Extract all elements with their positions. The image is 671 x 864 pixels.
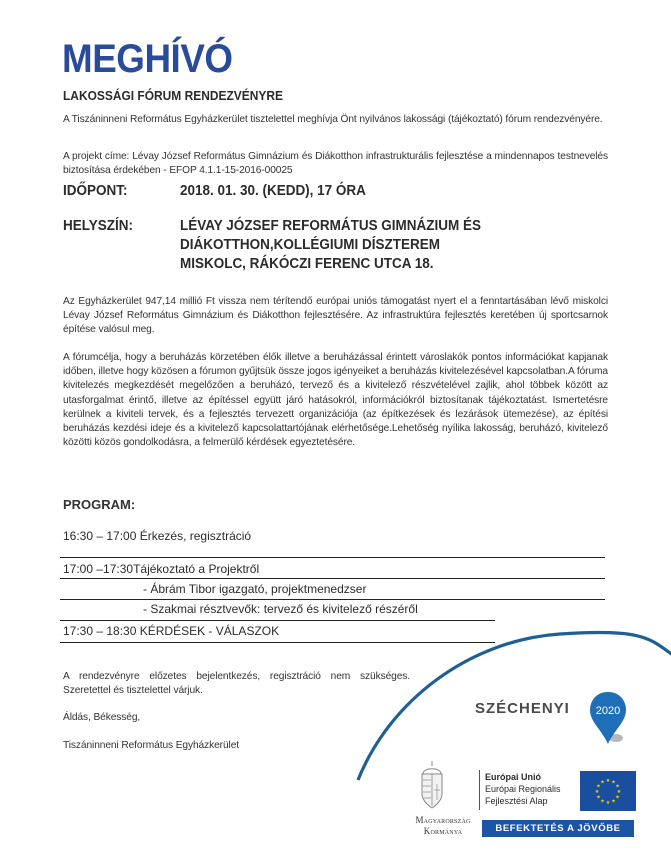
project-title-text: A projekt címe: Lévay József Református … [63,150,608,178]
svg-text:★: ★ [595,789,600,795]
forum-purpose-paragraph: A fórumcélja, hogy a beruházás körzetébe… [63,351,608,450]
program-item: - Ábrám Tibor igazgató, projektmenedzser [143,581,366,597]
svg-text:★: ★ [611,799,616,805]
divider [60,642,495,643]
eu-title: Európai Unió [485,771,561,783]
government-line: Magyarország [398,815,488,826]
place-value: LÉVAY JÓZSEF REFORMÁTUS GIMNÁZIUM ÉS DIÁ… [180,217,504,274]
divider [60,620,495,621]
slogan-banner: BEFEKTETÉS A JÖVŐBE [482,820,634,837]
eu-fund-line: Európai Regionális [485,783,561,795]
program-heading: PROGRAM: [63,497,135,512]
place-line: DIÁKOTTHON,KOLLÉGIUMI DÍSZTEREM [180,236,481,255]
coat-of-arms-icon [417,760,447,812]
program-item: - Szakmai résztvevők: tervező és kivitel… [143,601,418,617]
divider [60,557,605,558]
eu-flag-icon: ★★★★★★★★★★★★ [580,771,636,811]
map-pin-icon: 2020 [588,690,632,748]
program-item: 17:00 –17:30Tájékoztató a Projektről [63,561,259,577]
program-item: 17:30 – 18:30 KÉRDÉSEK - VÁLASZOK [63,623,279,639]
szechenyi-logo-text: SZÉCHENYI [475,700,570,717]
registration-note: A rendezvényre előzetes bejelentkezés, r… [63,670,410,698]
program-item: 16:30 – 17:00 Érkezés, regisztráció [63,528,251,544]
funding-paragraph: Az Egyházkerület 947,14 millió Ft vissza… [63,295,608,338]
svg-text:★: ★ [615,795,620,801]
time-value: 2018. 01. 30. (KEDD), 17 ÓRA [180,182,366,201]
svg-text:★: ★ [606,800,611,806]
szechenyi-year: 2020 [596,705,620,717]
divider [60,599,605,600]
place-line: MISKOLC, RÁKÓCZI FERENC UTCA 18. [180,255,481,274]
greeting: Áldás, Békesség, [63,711,140,725]
svg-text:★: ★ [600,799,605,805]
eu-text-block: Európai Unió Európai Regionális Fejleszt… [485,771,561,807]
eu-fund-line: Fejlesztési Alap [485,795,561,807]
page-subtitle: LAKOSSÁGI FÓRUM RENDEZVÉNYRE [63,88,283,103]
place-line: LÉVAY JÓZSEF REFORMÁTUS GIMNÁZIUM ÉS [180,217,481,236]
government-logo-text: Magyarország Kormánya [398,815,488,837]
place-label: HELYSZÍN: [63,217,133,236]
invitation-text: A Tiszáninneni Református Egyházkerület … [63,113,608,127]
svg-text:★: ★ [606,778,611,784]
svg-text:★: ★ [596,795,601,801]
time-label: IDŐPONT: [63,182,127,201]
signature: Tiszáninneni Református Egyházkerület [63,739,239,753]
divider [479,770,480,810]
divider [60,578,605,579]
svg-text:★: ★ [600,780,605,786]
page-title: MEGHÍVÓ [62,36,233,82]
government-line: Kormánya [398,826,488,837]
